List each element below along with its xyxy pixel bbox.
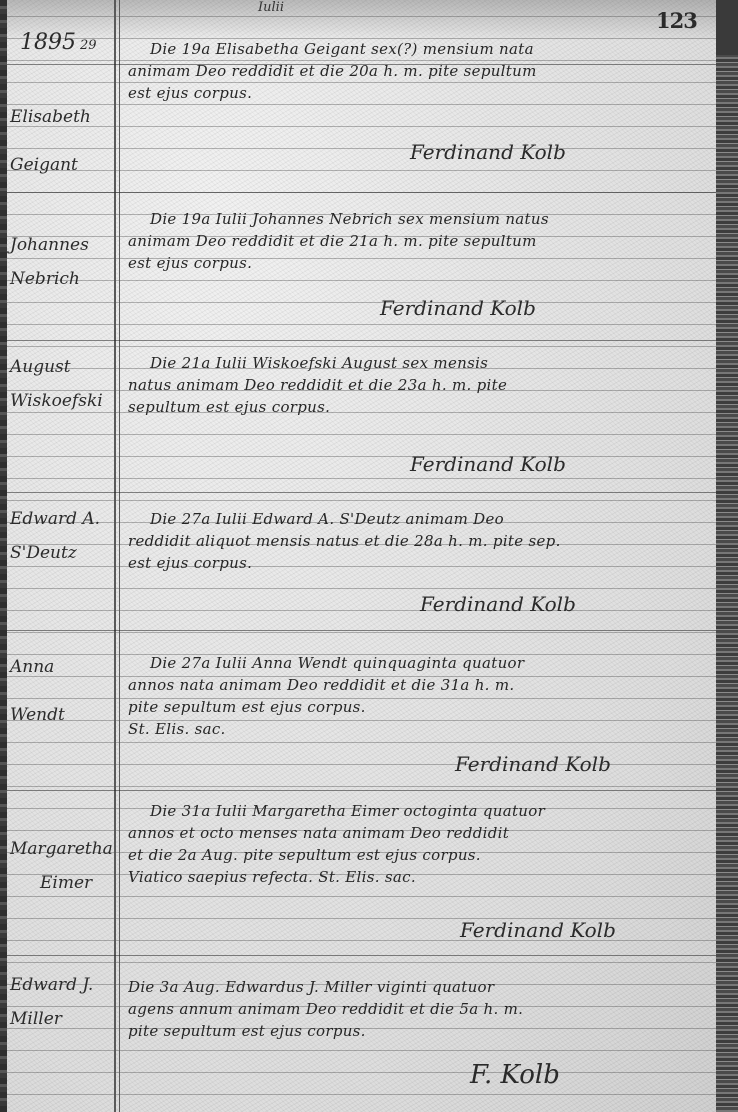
page-number: 123: [656, 8, 697, 33]
surname: Eimer: [10, 866, 118, 900]
deceased-name: Edward J. Miller: [10, 968, 118, 1036]
scanner-edge-strip: [716, 0, 738, 1112]
entry-line: Die 21a Iulii Wiskoefski August sex mens…: [128, 352, 714, 374]
priest-signature: Ferdinand Kolb: [410, 452, 566, 476]
entry-line: Die 31a Iulii Margaretha Eimer octoginta…: [128, 800, 714, 822]
priest-signature: Ferdinand Kolb: [460, 918, 616, 942]
row-rule: [7, 630, 716, 631]
given-name: Margaretha: [10, 832, 118, 866]
deceased-name: Johannes Nebrich: [10, 228, 118, 296]
row-rule: [7, 340, 716, 341]
given-name: Edward A.: [10, 502, 118, 536]
entry-line: pite sepultum est ejus corpus.: [128, 1020, 714, 1042]
burial-entry: Die 27a Iulii Anna Wendt quinquaginta qu…: [128, 652, 714, 740]
burial-entry: Die 19a Iulii Johannes Nebrich sex mensi…: [128, 208, 714, 274]
surname: Wiskoefski: [10, 384, 118, 418]
entry-line: pite sepultum est ejus corpus.: [128, 696, 714, 718]
entry-line: Die 19a Iulii Johannes Nebrich sex mensi…: [128, 208, 714, 230]
entry-line: Viatico saepius refecta. St. Elis. sac.: [128, 866, 714, 888]
year-value: 1895: [20, 30, 76, 55]
year-label: 189529: [20, 30, 97, 55]
entry-line: Die 27a Iulii Anna Wendt quinquaginta qu…: [128, 652, 714, 674]
entry-line: annos nata animam Deo reddidit et die 31…: [128, 674, 714, 696]
entry-line: est ejus corpus.: [128, 552, 714, 574]
deceased-name: Margaretha Eimer: [10, 832, 118, 900]
deceased-name: Elisabeth Geigant: [10, 100, 118, 182]
burial-entry: Die 3a Aug. Edwardus J. Miller viginti q…: [128, 976, 714, 1042]
entry-line: sepultum est ejus corpus.: [128, 396, 714, 418]
priest-signature: Ferdinand Kolb: [410, 140, 566, 164]
priest-signature: Ferdinand Kolb: [380, 296, 536, 320]
row-rule: [7, 492, 716, 493]
priest-signature: Ferdinand Kolb: [420, 592, 576, 616]
deceased-name: Edward A. S'Deutz: [10, 502, 118, 570]
year-suffix: 29: [80, 38, 97, 53]
deceased-name: August Wiskoefski: [10, 350, 118, 418]
given-name: Elisabeth: [10, 100, 118, 134]
entry-line: Die 3a Aug. Edwardus J. Miller viginti q…: [128, 976, 714, 998]
surname: Wendt: [10, 698, 118, 732]
entry-line: annos et octo menses nata animam Deo red…: [128, 822, 714, 844]
burial-entry: Die 19a Elisabetha Geigant sex(?) mensiu…: [128, 38, 714, 104]
entry-line: agens annum animam Deo reddidit et die 5…: [128, 998, 714, 1020]
entry-line: Die 27a Iulii Edward A. S'Deutz animam D…: [128, 508, 714, 530]
month-header: Iulii: [258, 0, 284, 15]
entry-line: animam Deo reddidit et die 20a h. m. pit…: [128, 60, 714, 82]
entry-line: est ejus corpus.: [128, 252, 714, 274]
entry-line: animam Deo reddidit et die 21a h. m. pit…: [128, 230, 714, 252]
given-name: Anna: [10, 650, 118, 684]
scan-shadow: [0, 0, 738, 40]
entry-line: reddidit aliquot mensis natus et die 28a…: [128, 530, 714, 552]
entry-line: Die 19a Elisabetha Geigant sex(?) mensiu…: [128, 38, 714, 60]
entry-line: et die 2a Aug. pite sepultum est ejus co…: [128, 844, 714, 866]
row-rule: [7, 192, 716, 193]
burial-entry: Die 31a Iulii Margaretha Eimer octoginta…: [128, 800, 714, 888]
register-page: 123 Iulii 189529 Elisabeth Geigant Die 1…: [0, 0, 738, 1112]
entry-line: est ejus corpus.: [128, 82, 714, 104]
entry-line: St. Elis. sac.: [128, 718, 714, 740]
burial-entry: Die 21a Iulii Wiskoefski August sex mens…: [128, 352, 714, 418]
given-name: Johannes: [10, 228, 118, 262]
surname: Nebrich: [10, 262, 118, 296]
column-divider-inner: [119, 0, 120, 1112]
given-name: August: [10, 350, 118, 384]
burial-entry: Die 27a Iulii Edward A. S'Deutz animam D…: [128, 508, 714, 574]
row-rule: [7, 955, 716, 956]
binding-edge: [0, 0, 7, 1112]
priest-signature: Ferdinand Kolb: [455, 752, 611, 776]
given-name: Edward J.: [10, 968, 118, 1002]
row-rule: [7, 790, 716, 791]
deceased-name: Anna Wendt: [10, 650, 118, 732]
entry-line: natus animam Deo reddidit et die 23a h. …: [128, 374, 714, 396]
surname: Geigant: [10, 148, 118, 182]
surname: S'Deutz: [10, 536, 118, 570]
surname: Miller: [10, 1002, 118, 1036]
priest-signature: F. Kolb: [470, 1060, 560, 1090]
